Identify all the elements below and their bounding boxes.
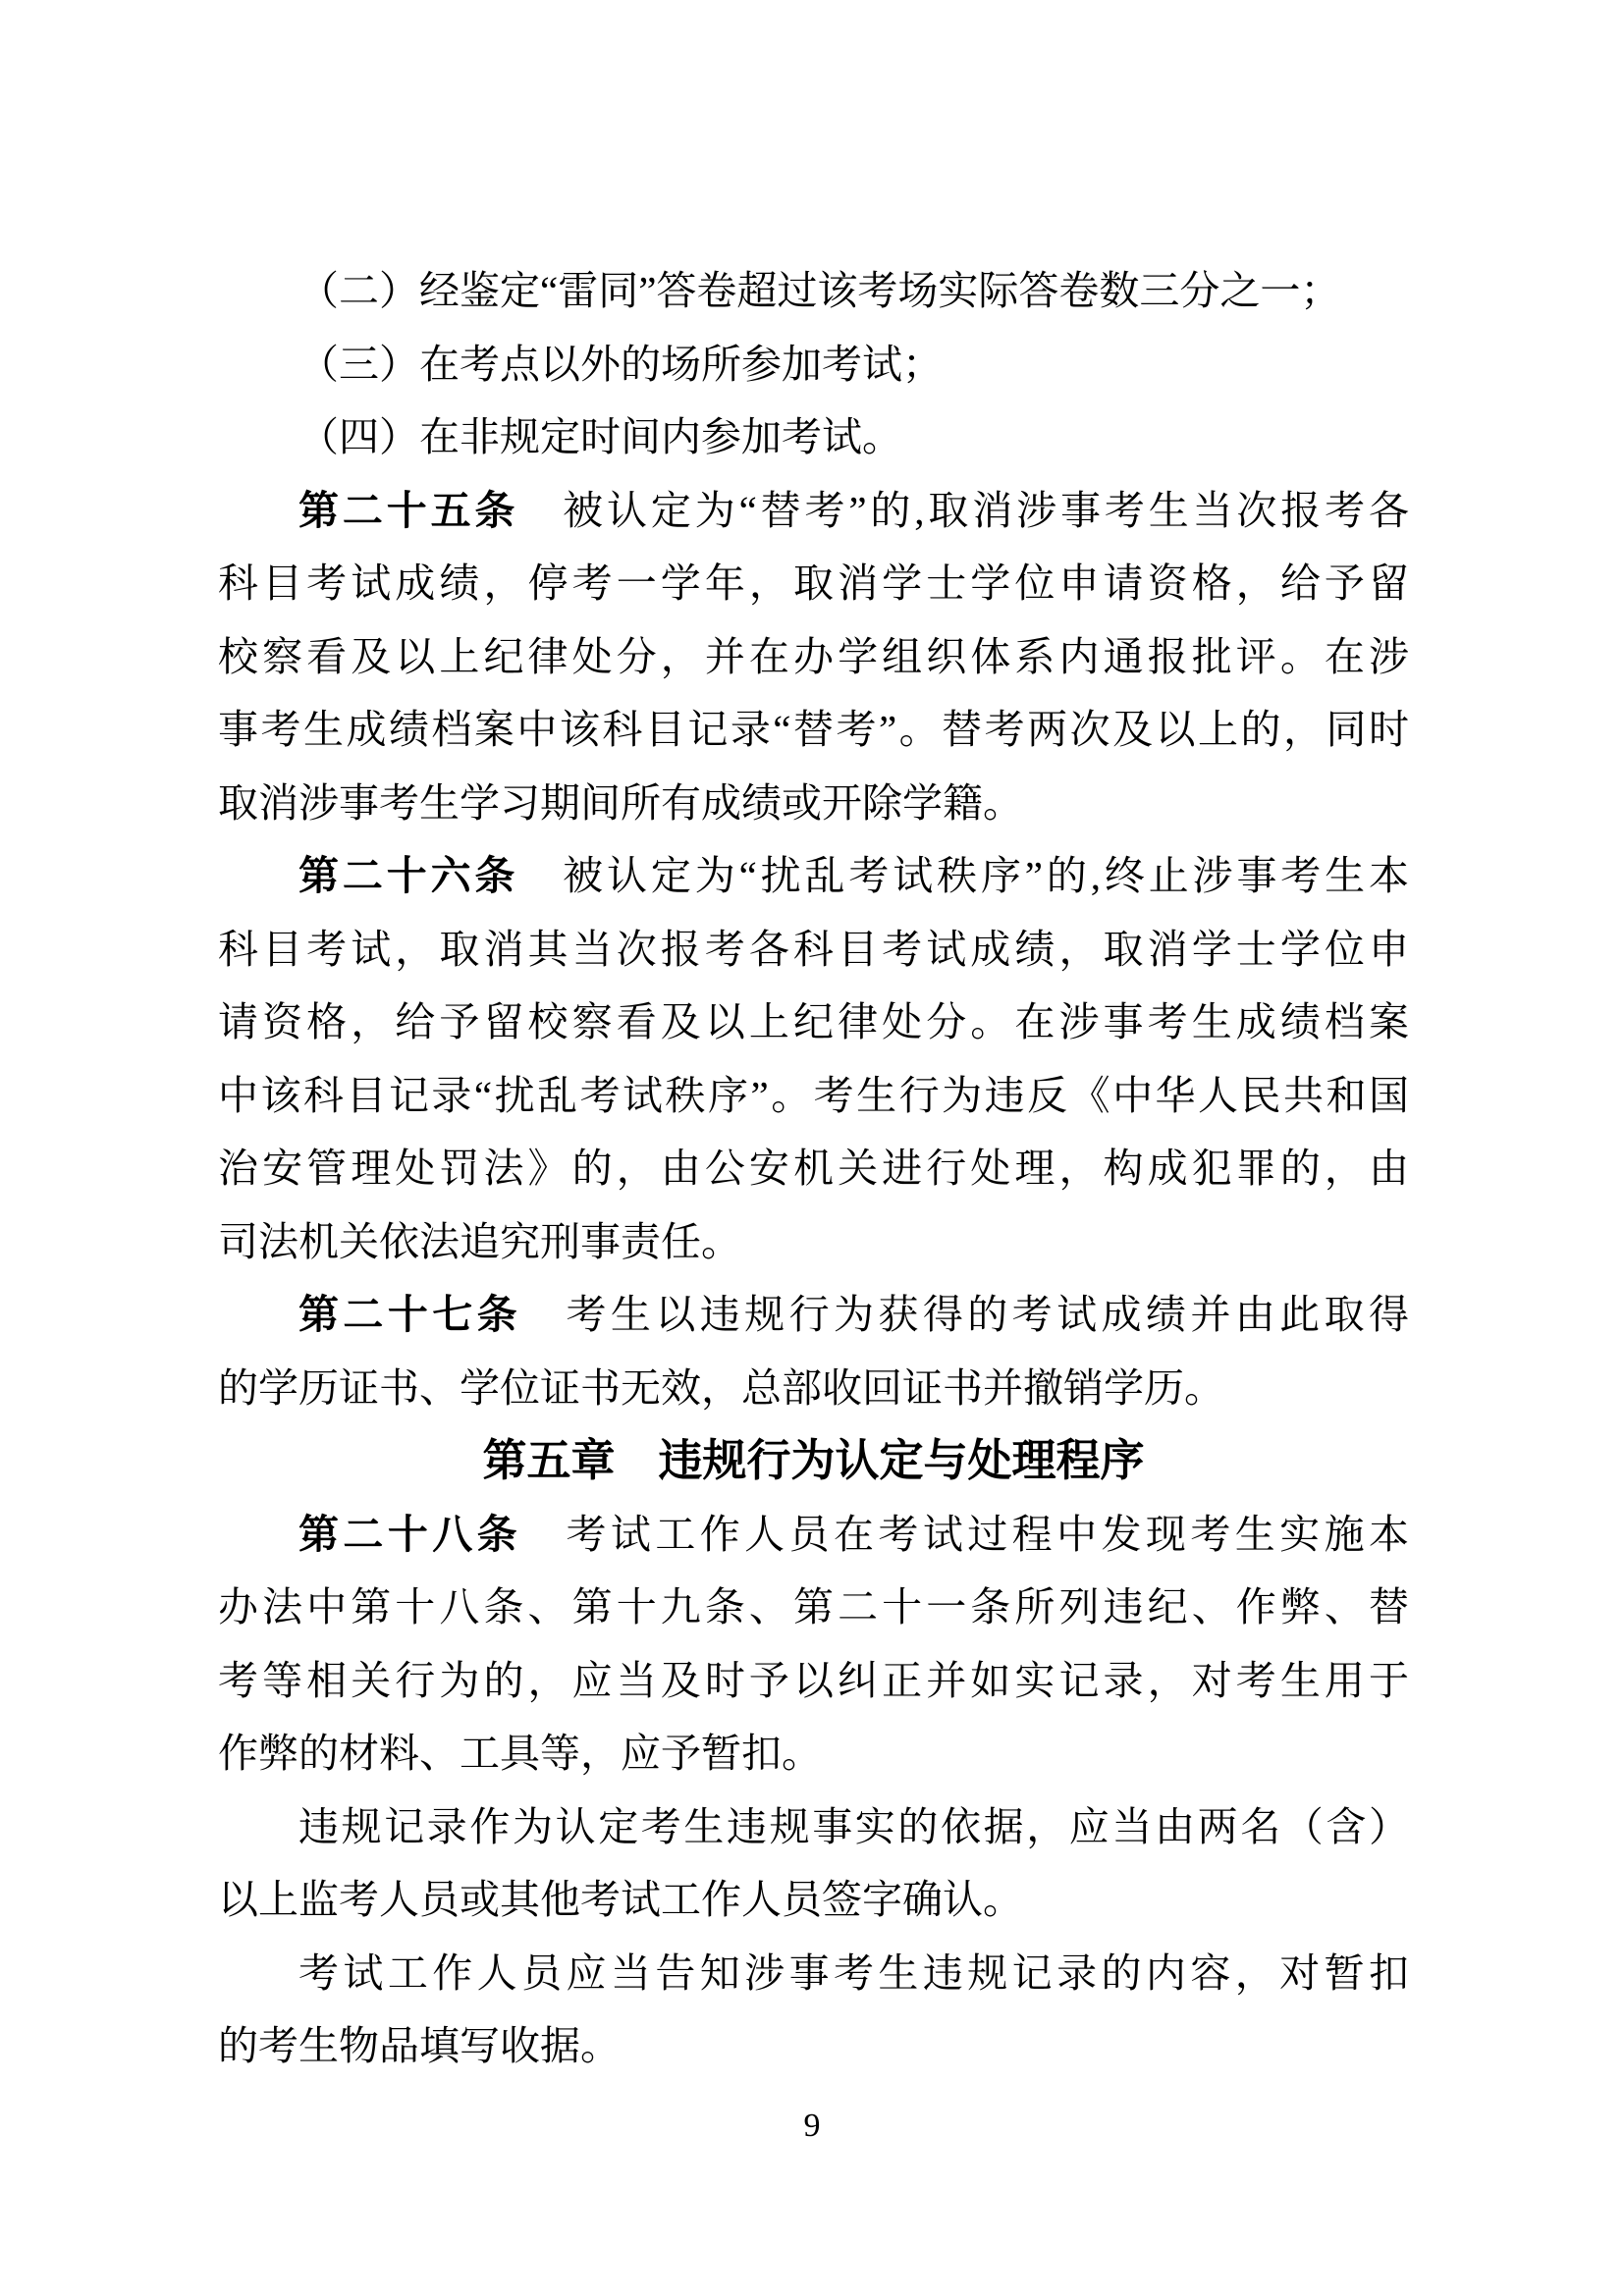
line-text: 的考生物品填写收据。 [218,2023,621,2068]
line-text: 科目考试成绩，停考一学年，取消学士学位申请资格，给予留 [218,561,1409,606]
text-line: 第二十六条 被认定为“扰乱考试秩序”的,终止涉事考生本 [218,839,1409,913]
text-line: 事考生成绩档案中该科目记录“替考”。替考两次及以上的，同时 [218,693,1409,767]
line-text: 以上监考人员或其他考试工作人员签字确认。 [218,1877,1023,1922]
text-line: 中该科目记录“扰乱考试秩序”。考生行为违反《中华人民共和国 [218,1059,1409,1133]
line-text: 事考生成绩档案中该科目记录“替考”。替考两次及以上的，同时 [218,707,1409,752]
text-line: （二）经鉴定“雷同”答卷超过该考场实际答卷数三分之一； [218,254,1409,328]
text-line: 第二十八条 考试工作人员在考试过程中发现考生实施本 [218,1498,1409,1572]
line-text: 校察看及以上纪律处分，并在办学组织体系内通报批评。在涉 [218,634,1409,679]
text-line: 校察看及以上纪律处分，并在办学组织体系内通报批评。在涉 [218,620,1409,694]
text-line: 违规记录作为认定考生违规事实的依据，应当由两名（含） [218,1790,1409,1864]
text-line: 的学历证书、学位证书无效，总部收回证书并撤销学历。 [218,1352,1409,1425]
text-line: 第二十五条 被认定为“替考”的,取消涉事考生当次报考各 [218,474,1409,548]
line-text: 治安管理处罚法》的，由公安机关进行处理，构成犯罪的，由 [218,1146,1409,1191]
line-text: 被认定为“扰乱考试秩序”的,终止涉事考生本 [518,853,1409,898]
line-text: 违规记录作为认定考生违规事实的依据，应当由两名（含） [298,1804,1409,1849]
line-text: 作弊的材料、工具等，应予暂扣。 [218,1731,822,1776]
line-text: 办法中第十八条、第十九条、第二十一条所列违纪、作弊、替 [218,1584,1409,1629]
text-line: 取消涉事考生学习期间所有成绩或开除学籍。 [218,767,1409,840]
line-text: 请资格，给予留校察看及以上纪律处分。在涉事考生成绩档案 [218,999,1409,1044]
text-line: 的考生物品填写收据。 [218,2009,1409,2083]
text-line: 作弊的材料、工具等，应予暂扣。 [218,1717,1409,1790]
article-number: 第二十六条 [298,853,518,898]
chapter-heading: 第五章违规行为认定与处理程序 [218,1424,1409,1498]
text-line: 办法中第十八条、第十九条、第二十一条所列违纪、作弊、替 [218,1571,1409,1644]
text-line: 以上监考人员或其他考试工作人员签字确认。 [218,1863,1409,1937]
line-text: 考等相关行为的，应当及时予以纠正并如实记录，对考生用于 [218,1658,1409,1703]
chapter-number: 第五章 [482,1435,615,1485]
article-number: 第二十七条 [298,1292,521,1337]
article-number: 第二十五条 [298,488,518,533]
text-line: 第二十七条 考生以违规行为获得的考试成绩并由此取得 [218,1278,1409,1352]
chapter-title: 违规行为认定与处理程序 [659,1435,1145,1485]
text-line: 考试工作人员应当告知涉事考生违规记录的内容，对暂扣 [218,1937,1409,2010]
line-text: （三）在考点以外的场所参加考试； [298,342,943,387]
text-line: 考等相关行为的，应当及时予以纠正并如实记录，对考生用于 [218,1644,1409,1718]
text-line: （四）在非规定时间内参加考试。 [218,400,1409,474]
document-page: （二）经鉴定“雷同”答卷超过该考场实际答卷数三分之一；（三）在考点以外的场所参加… [0,0,1624,2296]
line-text: （四）在非规定时间内参加考试。 [298,414,902,459]
line-text: 取消涉事考生学习期间所有成绩或开除学籍。 [218,780,1023,826]
line-text: 中该科目记录“扰乱考试秩序”。考生行为违反《中华人民共和国 [218,1073,1409,1118]
line-text: 科目考试，取消其当次报考各科目考试成绩，取消学士学位申 [218,927,1409,972]
line-text: （二）经鉴定“雷同”答卷超过该考场实际答卷数三分之一； [298,268,1340,313]
line-text: 司法机关依法追究刑事责任。 [218,1219,741,1264]
line-text: 被认定为“替考”的,取消涉事考生当次报考各 [518,488,1409,533]
article-number: 第二十八条 [298,1512,521,1557]
line-text: 考试工作人员应当告知涉事考生违规记录的内容，对暂扣 [298,1950,1409,1996]
text-line: 科目考试，取消其当次报考各科目考试成绩，取消学士学位申 [218,913,1409,987]
text-line: 治安管理处罚法》的，由公安机关进行处理，构成犯罪的，由 [218,1132,1409,1205]
text-body: （二）经鉴定“雷同”答卷超过该考场实际答卷数三分之一；（三）在考点以外的场所参加… [218,254,1409,2083]
text-line: 司法机关依法追究刑事责任。 [218,1205,1409,1279]
line-text: 考生以违规行为获得的考试成绩并由此取得 [521,1292,1409,1337]
line-text: 的学历证书、学位证书无效，总部收回证书并撤销学历。 [218,1365,1224,1411]
text-line: 科目考试成绩，停考一学年，取消学士学位申请资格，给予留 [218,547,1409,620]
text-line: 请资格，给予留校察看及以上纪律处分。在涉事考生成绩档案 [218,986,1409,1059]
page-number: 9 [0,2107,1624,2146]
line-text: 考试工作人员在考试过程中发现考生实施本 [521,1512,1409,1557]
text-line: （三）在考点以外的场所参加考试； [218,328,1409,401]
